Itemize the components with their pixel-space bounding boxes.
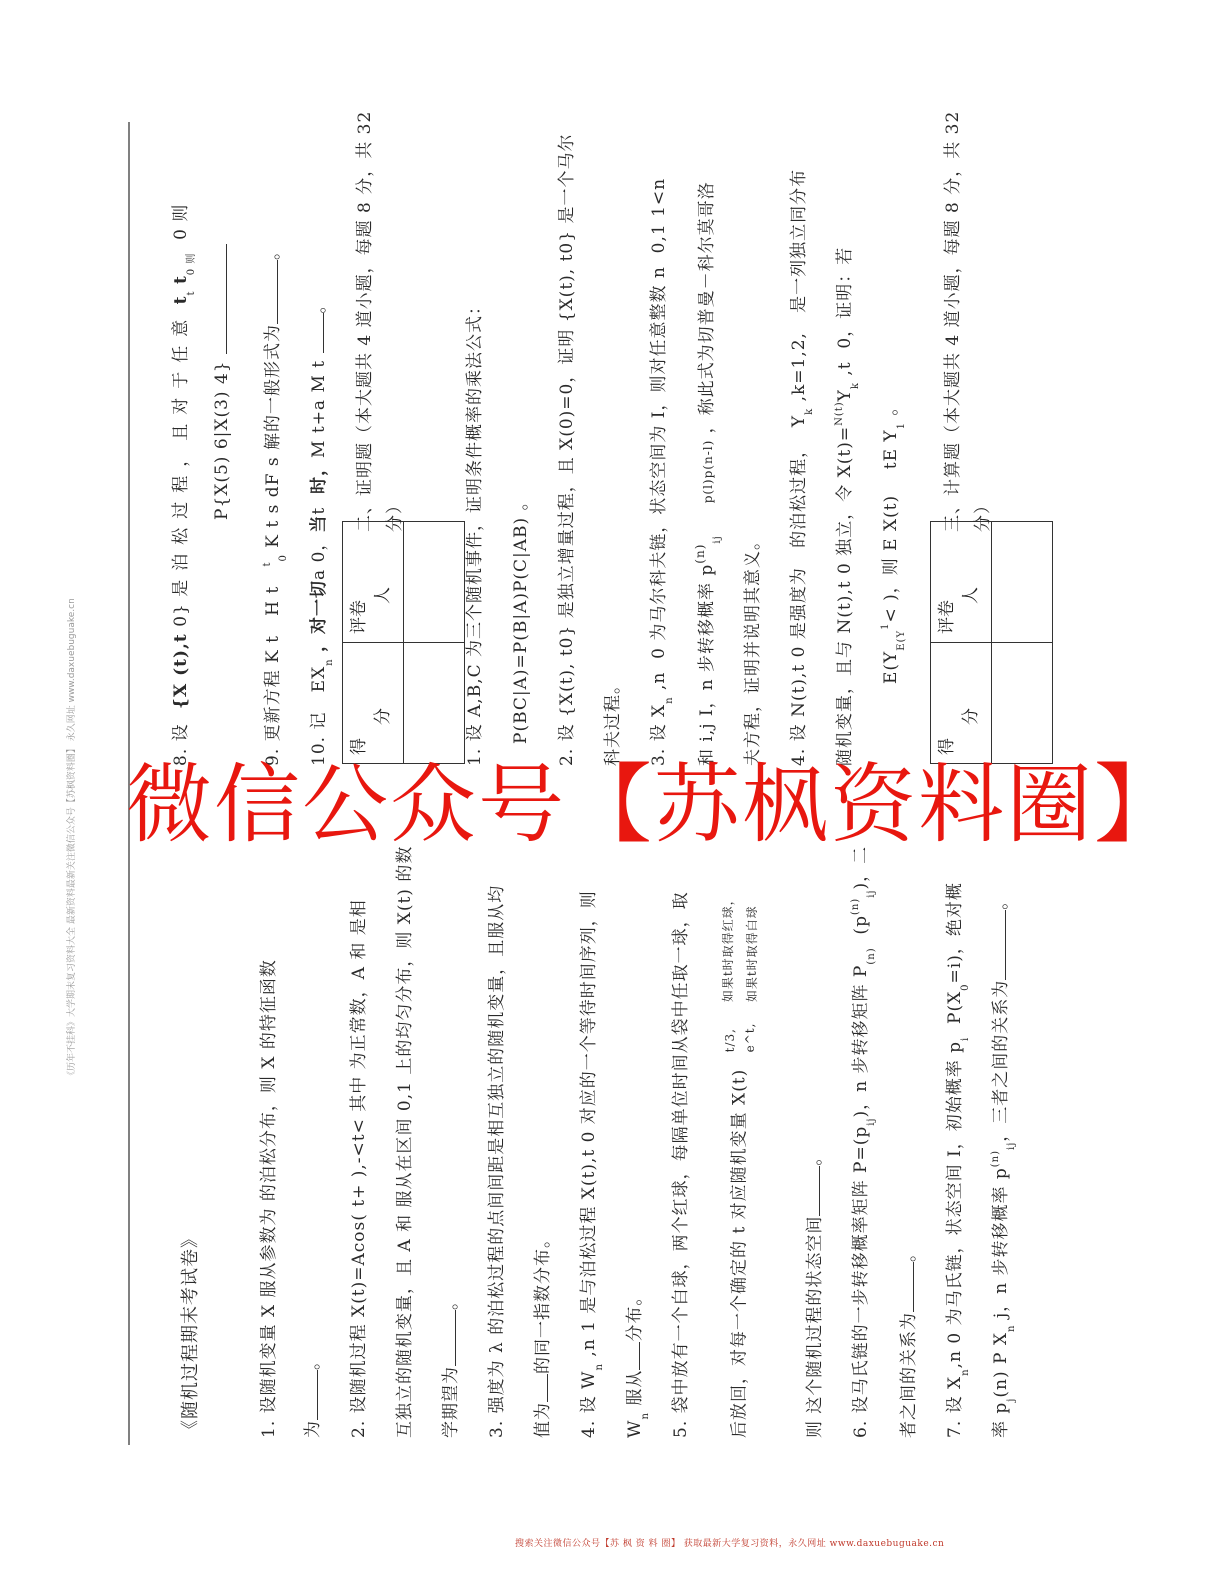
section-proof-header: 二、证明题（本大题共 4 道小题，每题 8 分，共 32 [350, 111, 375, 532]
question-7-line-1: 7. 设 Xn,n 0 为马氏链，状态空间 I，初始概率 pi P(X0=i)，… [940, 882, 965, 1438]
proof-question-4-line-2: 随机变量，且与 N(t),t 0 独立，令 X(t)=N(t)Yk ,t 0，证… [830, 247, 855, 766]
score-table-section-3: 得分 评卷人 [930, 521, 1053, 764]
proof-question-3-line-3: 夫方程，证明并说明其意义。 [738, 532, 763, 766]
question-8-line-1: 8. 设 {X (t),t 0} 是泊松过程，且对于任意 tt t0 则 0 则 [166, 204, 191, 766]
answer-blank[interactable] [625, 1342, 640, 1370]
proof-question-3-line-1: 3. 设 Xn ,n 0 为马尔科夫链，状态空间为 I，则对任意整数 n 0,1… [644, 178, 669, 766]
grader-label: 评卷人 [343, 522, 404, 643]
question-5-line-2: 后放回，对每一个确定的 t 对应随机变量 X(t) t/3,e^t, 如果t时取… [716, 892, 764, 1438]
footer-text: 搜索关注微信公众号【苏 枫 资 料 圈】 获取最新大学复习资料，永久网址 www… [515, 1536, 944, 1549]
answer-blank[interactable] [805, 1166, 820, 1216]
proof-question-2-line-1: 2. 设 {X(t), t0} 是独立增量过程，且 X(0)=0，证明 {X(t… [552, 134, 577, 766]
answer-blank[interactable] [533, 1374, 548, 1402]
question-5-line-1: 5. 袋中放有一个白球，两个红球，每隔单位时间从袋中任取一球，取 [666, 891, 691, 1438]
answer-blank[interactable] [441, 1310, 456, 1366]
proof-question-1-line-2: P(BC|A)=P(B|A)P(C|AB) 。 [506, 492, 531, 744]
question-3-line-1: 3. 强度为 λ 的泊松过程的点间间距是相互独立的随机变量，且服从均 [482, 885, 507, 1438]
question-9-line: 9. 更新方程 K t H t t0 K t s dF s 解的一般形式为。 [258, 242, 283, 766]
question-8-line-2: P{X(5) 6|X(3) 4} [212, 244, 232, 520]
watermark: 微信公众号【苏枫资料圈】 [126, 735, 1182, 859]
proof-question-1-line-1: 1. 设 A,B,C 为三个随机事件，证明条件概率的乘法公式： [460, 297, 485, 766]
question-6-line-1: 6. 设马氏链的一步转移概率矩阵 P=(pij)，n 步转移矩阵 P(n) (p… [846, 846, 871, 1438]
question-2-line-2: 互独立的随机变量，且 A 和 服从在区间 0,1 上的均匀分布，则 X(t) 的… [390, 846, 415, 1438]
question-4-line-2: Wn 服从分布。 [620, 1288, 645, 1438]
question-6-line-2: 者之间的关系为。 [894, 1244, 919, 1438]
exam-title: 《随机过程期末考试卷》 [176, 1229, 202, 1438]
answer-blank[interactable] [309, 313, 324, 353]
question-3-line-2: 值为的同一指数分布。 [528, 1230, 553, 1438]
question-1-line-2: 为。 [298, 1352, 323, 1438]
answer-blank[interactable] [263, 260, 278, 324]
question-2-line-1: 2. 设随机过程 X(t)=Acos( t+ ),-<t< 其中 为正常数，A … [344, 899, 369, 1438]
proof-question-4-line-1: 4. 设 N(t),t 0 是强度为 的泊松过程， Yk ,k=1,2, 是一列… [784, 169, 809, 766]
section-proof-header-cont: 分） [380, 496, 405, 532]
answer-blank[interactable] [212, 244, 227, 354]
proof-question-3-line-2: 和 i,j I，n 步转移概率 p(n)ij p(l)p(n-l) ，称此式为切… [692, 181, 717, 766]
question-5-line-3: 则 这个随机过程的状态空间。 [800, 1148, 825, 1438]
question-4-line-1: 4. 设 Wn ,n 1 是与泊松过程 X(t),t 0 对应的一个等待时间序列… [574, 890, 599, 1438]
grader-cell[interactable] [992, 522, 1053, 643]
question-10-line: 10. 记 EXn ，对一切a 0，当t 时，M t+a M t 。 [304, 295, 329, 766]
section-calc-header-cont: 分） [968, 496, 993, 532]
section-calc-header: 三、计算题（本大题共 4 道小题，每题 8 分，共 32 [938, 111, 963, 532]
answer-blank[interactable] [991, 910, 1006, 980]
answer-blank[interactable] [303, 1370, 318, 1420]
answer-blank[interactable] [899, 1262, 914, 1312]
grader-cell[interactable] [404, 522, 465, 643]
question-2-line-3: 学期望为。 [436, 1292, 461, 1438]
grader-label: 评卷人 [931, 522, 992, 643]
score-table-section-2: 得分 评卷人 [342, 521, 465, 764]
question-7-line-2: 率 pj(n) P Xn j，n 步转移概率 p(n)ij，三者之间的关系为。 [986, 892, 1011, 1438]
proof-question-4-line-3: E(YE(Y1< )，则 E X(t) tE Y1 。 [876, 398, 901, 684]
question-1-line-1: 1. 设随机变量 X 服从参数为 的泊松分布，则 X 的特征函数 [254, 959, 279, 1438]
